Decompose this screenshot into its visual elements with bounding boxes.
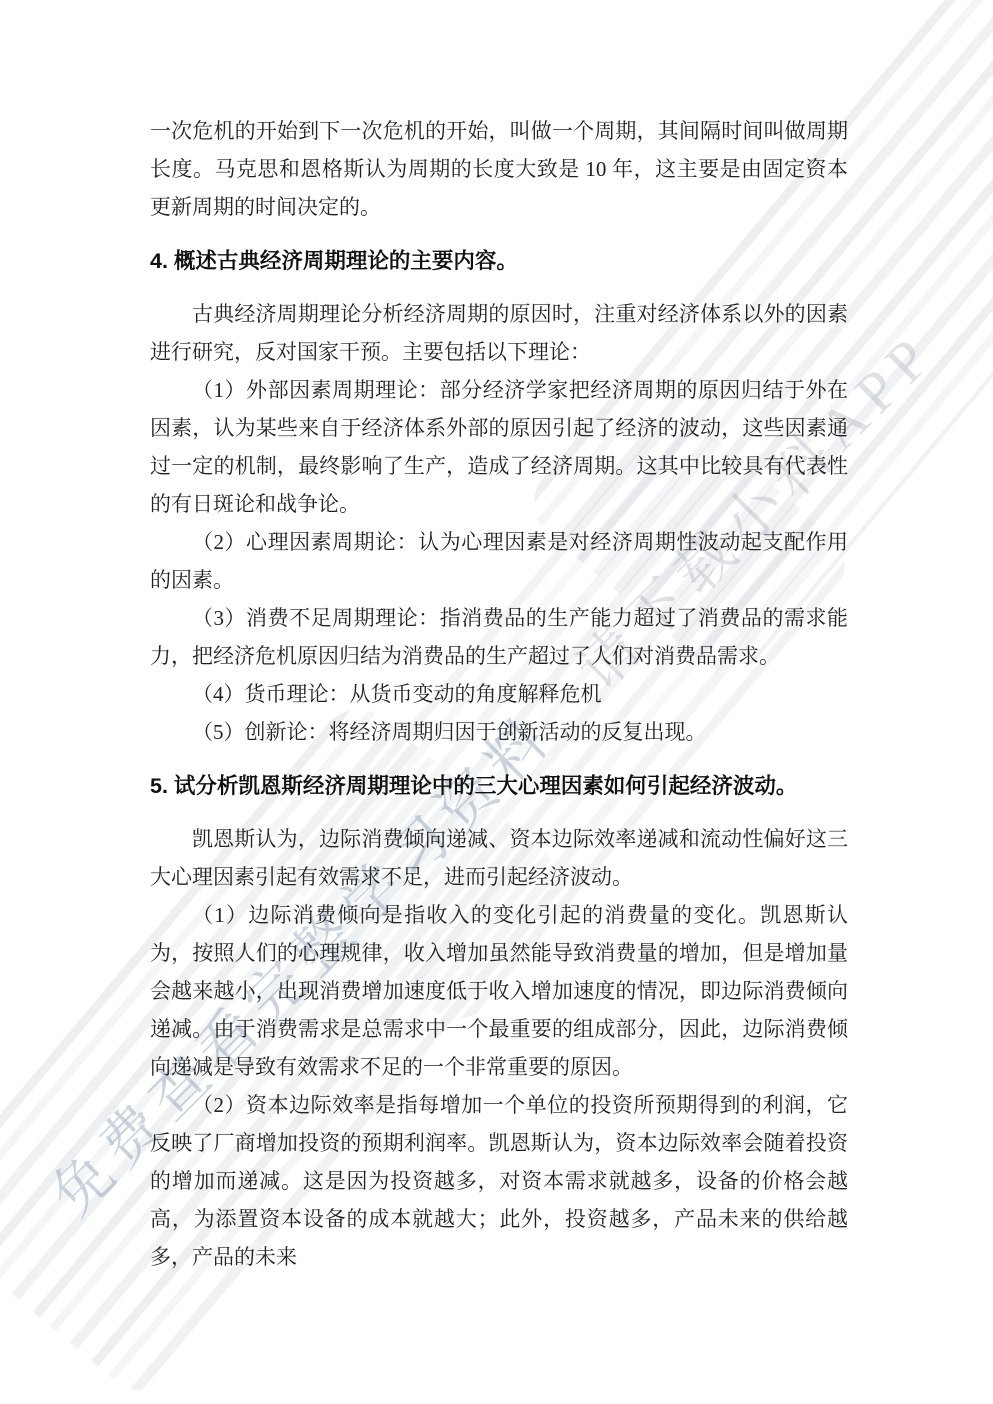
paragraph-classical-intro: 古典经济周期理论分析经济周期的原因时，注重对经济体系以外的因素进行研究，反对国家…	[150, 295, 848, 371]
paragraph-cycle-length: 一次危机的开始到下一次危机的开始，叫做一个周期，其间隔时间叫做周期长度。马克思和…	[150, 112, 848, 226]
document-page: { "content": { "blocks": [ { "type": "pa…	[0, 0, 993, 1404]
paragraph-keynes-intro: 凯恩斯认为，边际消费倾向递减、资本边际效率递减和流动性偏好这三大心理因素引起有效…	[150, 820, 848, 896]
paragraph-item-5-innovation: （5）创新论：将经济周期归因于创新活动的反复出现。	[150, 713, 848, 751]
paragraph-item-2-psychological: （2）心理因素周期论：认为心理因素是对经济周期性波动起支配作用的因素。	[150, 523, 848, 599]
page-content: 一次危机的开始到下一次危机的开始，叫做一个周期，其间隔时间叫做周期长度。马克思和…	[0, 0, 993, 1276]
question-5-heading: 5. 试分析凯恩斯经济周期理论中的三大心理因素如何引起经济波动。	[150, 767, 848, 805]
paragraph-item-1-external-factors: （1）外部因素周期理论：部分经济学家把经济周期的原因归结于外在因素，认为某些来自…	[150, 371, 848, 523]
paragraph-item-3-underconsumption: （3）消费不足周期理论：指消费品的生产能力超过了消费品的需求能力，把经济危机原因…	[150, 599, 848, 675]
paragraph-item-4-monetary: （4）货币理论：从货币变动的角度解释危机	[150, 675, 848, 713]
paragraph-marginal-efficiency: （2）资本边际效率是指每增加一个单位的投资所预期得到的利润，它反映了厂商增加投资…	[150, 1086, 848, 1276]
question-4-heading: 4. 概述古典经济周期理论的主要内容。	[150, 242, 848, 280]
paragraph-marginal-propensity: （1）边际消费倾向是指收入的变化引起的消费量的变化。凯恩斯认为，按照人们的心理规…	[150, 896, 848, 1086]
